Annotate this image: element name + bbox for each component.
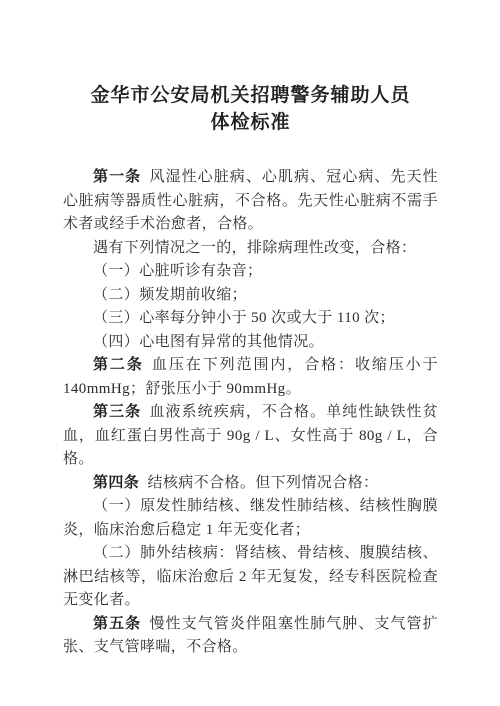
article-3-label: 第三条 xyxy=(93,404,141,420)
article-2-label: 第二条 xyxy=(93,357,144,373)
paragraph-text: （一）原发性肺结核、继发性肺结核、结核性胸膜炎，临床治愈后稳定 1 年无变化者； xyxy=(63,498,438,538)
article-1-label: 第一条 xyxy=(93,169,141,185)
document-body: 第一条风湿性心脏病、心肌病、冠心病、先天性心脏病等器质性心脏病，不合格。先天性心… xyxy=(63,166,438,660)
document-title-line2: 体检标准 xyxy=(63,109,438,136)
paragraph-text: （四）心电图有异常的其他情况。 xyxy=(93,334,324,350)
paragraph-condition-item-4: （四）心电图有异常的其他情况。 xyxy=(63,331,438,355)
paragraph-conditions-intro: 遇有下列情况之一的，排除病理性改变，合格： xyxy=(63,237,438,261)
paragraph-text: 遇有下列情况之一的，排除病理性改变，合格： xyxy=(93,240,416,256)
paragraph-article-2: 第二条血压在下列范围内，合格：收缩压小于 140mmHg；舒张压小于 90mmH… xyxy=(63,354,438,401)
paragraph-text: （一）心脏听诊有杂音； xyxy=(93,263,262,279)
paragraph-text: 结核病不合格。但下列情况合格： xyxy=(147,475,378,491)
paragraph-condition-item-2: （二）频发期前收缩； xyxy=(63,284,438,308)
paragraph-article-5: 第五条慢性支气管炎伴阻塞性肺气肿、支气管扩张、支气管哮喘，不合格。 xyxy=(63,613,438,660)
paragraph-article-4: 第四条结核病不合格。但下列情况合格： xyxy=(63,472,438,496)
paragraph-text: （三）心率每分钟小于 50 次或大于 110 次； xyxy=(93,310,395,326)
document-title-line1: 金华市公安局机关招聘警务辅助人员 xyxy=(63,82,438,109)
paragraph-condition-item-3: （三）心率每分钟小于 50 次或大于 110 次； xyxy=(63,307,438,331)
paragraph-text: （二）肺外结核病：肾结核、骨结核、腹膜结核、淋巴结核等，临床治愈后 2 年无复发… xyxy=(63,545,438,608)
paragraph-article-1: 第一条风湿性心脏病、心肌病、冠心病、先天性心脏病等器质性心脏病，不合格。先天性心… xyxy=(63,166,438,237)
paragraph-condition-item-1: （一）心脏听诊有杂音； xyxy=(63,260,438,284)
paragraph-text: （二）频发期前收缩； xyxy=(93,287,247,303)
document-title: 金华市公安局机关招聘警务辅助人员 体检标准 xyxy=(63,82,438,136)
document-page: 金华市公安局机关招聘警务辅助人员 体检标准 第一条风湿性心脏病、心肌病、冠心病、… xyxy=(0,0,500,706)
article-5-label: 第五条 xyxy=(93,616,141,632)
paragraph-tb-item-2: （二）肺外结核病：肾结核、骨结核、腹膜结核、淋巴结核等，临床治愈后 2 年无复发… xyxy=(63,542,438,613)
paragraph-tb-item-1: （一）原发性肺结核、继发性肺结核、结核性胸膜炎，临床治愈后稳定 1 年无变化者； xyxy=(63,495,438,542)
paragraph-article-3: 第三条血液系统疾病，不合格。单纯性缺铁性贫血，血红蛋白男性高于 90g / L、… xyxy=(63,401,438,472)
article-4-label: 第四条 xyxy=(93,475,139,491)
